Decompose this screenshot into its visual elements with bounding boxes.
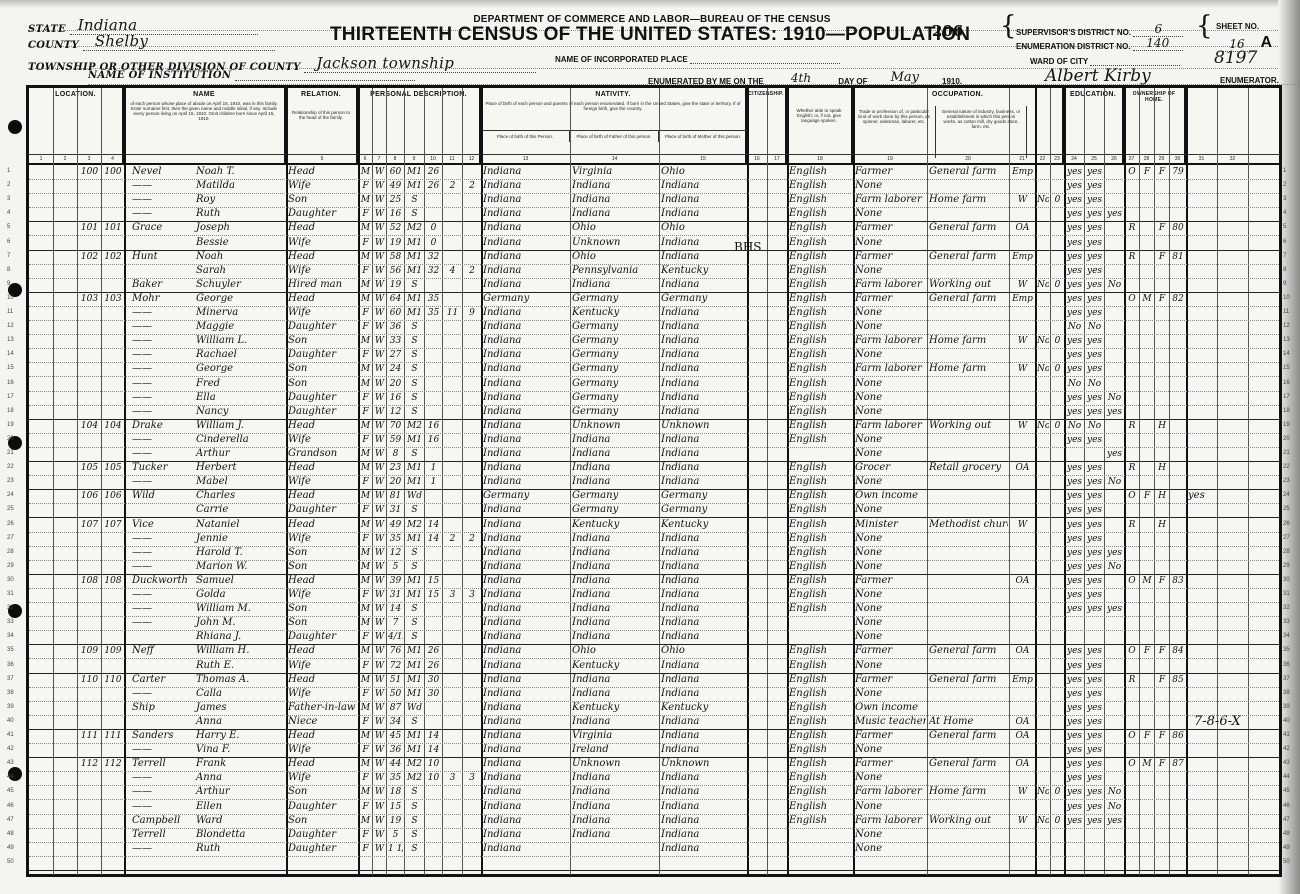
marital-cell: S (406, 715, 423, 729)
industry-cell: General farm (929, 221, 1008, 235)
person-name: BakerSchuyler (126, 278, 285, 292)
table-row: 88SarahWifeFW56M13242IndianaPennsylvania… (29, 264, 1279, 279)
years-married-cell: 1 (426, 475, 441, 489)
birth-father-cell: Indiana (572, 179, 658, 193)
industry-cell (929, 800, 1008, 814)
given-name: Fred (196, 378, 220, 389)
surname: —— (126, 560, 196, 574)
class-cell: W (1011, 518, 1034, 532)
line-number: 10 (1283, 295, 1290, 301)
industry-cell (929, 320, 1008, 334)
read-cell: yes (1066, 532, 1083, 546)
language-cell (789, 630, 852, 644)
sex-cell: F (360, 588, 371, 602)
born-cell (444, 546, 461, 560)
unemployed-cell (1037, 687, 1049, 701)
relation-cell: Daughter (288, 630, 357, 644)
farm-cell (1156, 320, 1168, 334)
person-name: WildCharles (126, 489, 285, 503)
industry-cell: Retail grocery (929, 461, 1008, 475)
unemployed-cell (1037, 391, 1049, 405)
veteran-cell (1188, 419, 1216, 433)
industry-cell: Methodist church (929, 518, 1008, 532)
sex-cell: F (360, 630, 371, 644)
trade-cell: Farmer (855, 574, 926, 588)
veteran-cell (1188, 461, 1216, 475)
person-name: ——John M. (126, 616, 285, 630)
dwelling-cell: 104 (79, 419, 100, 433)
schedule-cell (1171, 546, 1185, 560)
line-number: 37 (7, 676, 14, 682)
table-row: 3737110110CarterThomas A.HeadMW51M130Ind… (29, 673, 1279, 688)
marital-cell: S (406, 377, 423, 391)
age-cell: 14 (388, 602, 403, 616)
column-number: 8 (386, 156, 404, 162)
relation-cell: Son (288, 377, 357, 391)
sex-cell: F (360, 842, 371, 856)
birth-father-cell: Indiana (572, 447, 658, 461)
weeks-cell (1052, 616, 1063, 630)
surname: —— (126, 602, 196, 616)
years-married-cell: 0 (426, 236, 441, 250)
month-value: May (870, 70, 940, 86)
own-cell: O (1126, 489, 1138, 503)
schedule-cell (1171, 391, 1185, 405)
language-cell: English (789, 503, 852, 517)
school-cell (1106, 588, 1123, 602)
dwelling-cell: 102 (79, 250, 100, 264)
line-number: 32 (7, 605, 14, 611)
living-cell (464, 433, 480, 447)
birth-mother-cell: Indiana (661, 250, 746, 264)
given-name: Minerva (196, 307, 238, 318)
sex-cell: F (360, 405, 371, 419)
subcolumn-title: Place of birth of Mother of this person. (659, 131, 747, 142)
race-cell: W (374, 348, 385, 362)
trade-cell: Grocer (855, 461, 926, 475)
birth-father-cell: Indiana (572, 560, 658, 574)
class-cell (1011, 489, 1034, 503)
mortgage-cell (1141, 391, 1153, 405)
weeks-cell (1052, 630, 1063, 644)
family-cell (103, 602, 123, 616)
write-cell: yes (1086, 701, 1103, 715)
family-cell (103, 433, 123, 447)
given-name: William M. (196, 603, 251, 614)
dwelling-cell (79, 193, 100, 207)
relation-cell: Wife (288, 532, 357, 546)
race-cell: W (374, 433, 385, 447)
own-cell: R (1126, 221, 1138, 235)
age-cell: 31 (388, 588, 403, 602)
person-name: HuntNoah (126, 250, 285, 264)
age-cell: 20 (388, 475, 403, 489)
surname: —— (126, 377, 196, 391)
table-row: 2727——JennieWifeFW35M11422IndianaIndiana… (29, 532, 1279, 547)
column-number: 15 (659, 156, 747, 162)
unemployed-cell: No (1037, 278, 1049, 292)
trade-cell: Farmer (855, 644, 926, 658)
relation-cell: Wife (288, 236, 357, 250)
own-cell (1126, 391, 1138, 405)
born-cell (444, 433, 461, 447)
column-number: 1 (29, 156, 53, 162)
class-cell: W (1011, 193, 1034, 207)
read-cell: yes (1066, 193, 1083, 207)
schedule-cell: 80 (1171, 221, 1185, 235)
born-cell: 4 (444, 264, 461, 278)
unemployed-cell: No (1037, 785, 1049, 799)
scan-edge-top (0, 0, 1300, 8)
farm-cell (1156, 391, 1168, 405)
birth-father-cell: Indiana (572, 616, 658, 630)
surname: —— (126, 207, 196, 221)
living-cell: 2 (464, 179, 480, 193)
table-row: 22——MatildaWifeFW49M12622IndianaIndianaI… (29, 179, 1279, 194)
surname: Neff (126, 644, 196, 658)
trade-cell: None (855, 306, 926, 320)
marital-cell: M1 (406, 729, 423, 743)
table-row: 3333——John M.SonMW7SIndianaIndianaIndian… (29, 616, 1279, 631)
schedule-cell (1171, 630, 1185, 644)
line-number: 27 (7, 535, 14, 541)
mortgage-cell (1141, 348, 1153, 362)
surname: —— (126, 306, 196, 320)
race-cell: W (374, 193, 385, 207)
born-cell (444, 503, 461, 517)
relation-cell: Head (288, 250, 357, 264)
group-title: CITIZENSHIP. (747, 88, 785, 97)
surname: Nevel (126, 165, 196, 179)
family-cell (103, 377, 123, 391)
birth-mother-cell: Germany (661, 489, 746, 503)
trade-cell: None (855, 546, 926, 560)
sex-cell: M (360, 757, 371, 771)
language-cell: English (789, 362, 852, 376)
sex-cell: F (360, 532, 371, 546)
relation-cell: Son (288, 546, 357, 560)
language-cell: English (789, 250, 852, 264)
living-cell (464, 785, 480, 799)
surname: —— (126, 687, 196, 701)
class-cell (1011, 616, 1034, 630)
weeks-cell: 0 (1052, 362, 1063, 376)
weeks-cell (1052, 588, 1063, 602)
given-name: Nancy (196, 406, 228, 417)
born-cell (444, 616, 461, 630)
living-cell (464, 334, 480, 348)
line-number: 38 (7, 690, 14, 696)
surname: —— (126, 532, 196, 546)
trade-cell: Farmer (855, 729, 926, 743)
column-number: 26 (1104, 156, 1124, 162)
line-number: 48 (1283, 831, 1290, 837)
given-name: Vina F. (196, 744, 230, 755)
school-cell (1106, 419, 1123, 433)
birth-person-cell: Indiana (483, 334, 569, 348)
race-cell: W (374, 800, 385, 814)
read-cell: yes (1066, 433, 1083, 447)
schedule-cell (1171, 602, 1185, 616)
person-name: DuckworthSamuel (126, 574, 285, 588)
farm-cell: H (1156, 489, 1168, 503)
sex-cell: M (360, 334, 371, 348)
living-cell (464, 800, 480, 814)
born-cell (444, 292, 461, 306)
given-name: Mabel (196, 476, 228, 487)
line-number: 34 (1283, 633, 1290, 639)
column-number: 12 (462, 156, 481, 162)
read-cell: yes (1066, 475, 1083, 489)
language-cell: English (789, 405, 852, 419)
given-name: Charles (196, 490, 235, 501)
own-cell (1126, 377, 1138, 391)
sex-cell: M (360, 546, 371, 560)
given-name: Ruth (196, 843, 220, 854)
relation-cell: Daughter (288, 828, 357, 842)
school-cell (1106, 644, 1123, 658)
table-row: 2626107107ViceNatanielHeadMW49M214Indian… (29, 518, 1279, 533)
age-cell: 8 (388, 447, 403, 461)
read-cell: yes (1066, 574, 1083, 588)
column-number: 21 (1009, 156, 1035, 162)
industry-cell (929, 405, 1008, 419)
class-cell (1011, 743, 1034, 757)
table-row: 44——RuthDaughterFW16SIndianaIndianaIndia… (29, 207, 1279, 222)
race-cell: W (374, 447, 385, 461)
race-cell: W (374, 757, 385, 771)
born-cell (444, 362, 461, 376)
trade-cell: Minister (855, 518, 926, 532)
birth-father-cell: Indiana (572, 588, 658, 602)
school-cell (1106, 264, 1123, 278)
weeks-cell (1052, 221, 1063, 235)
weeks-cell (1052, 306, 1063, 320)
language-cell: English (789, 207, 852, 221)
living-cell (464, 659, 480, 673)
surname: —— (126, 405, 196, 419)
sex-cell: M (360, 362, 371, 376)
sex-cell: M (360, 602, 371, 616)
line-number: 20 (7, 436, 14, 442)
write-cell: yes (1086, 757, 1103, 771)
mortgage-cell (1141, 828, 1153, 842)
unemployed-cell (1037, 433, 1049, 447)
line-number: 41 (1283, 732, 1290, 738)
group-relation: RELATION. Relationship of this person to… (286, 88, 358, 163)
relation-cell: Head (288, 673, 357, 687)
birth-person-cell: Indiana (483, 757, 569, 771)
unemployed-cell (1037, 546, 1049, 560)
school-cell (1106, 757, 1123, 771)
birth-person-cell: Indiana (483, 673, 569, 687)
surname: —— (126, 616, 196, 630)
given-name: Harold T. (196, 547, 243, 558)
line-number: 18 (7, 408, 14, 414)
living-cell (464, 616, 480, 630)
column-number: 28 (1139, 156, 1154, 162)
marital-cell: M1 (406, 165, 423, 179)
trade-cell: None (855, 207, 926, 221)
farm-cell (1156, 433, 1168, 447)
dwelling-cell (79, 771, 100, 785)
column-number: 27 (1124, 156, 1139, 162)
surname: —— (126, 193, 196, 207)
weeks-cell (1052, 757, 1063, 771)
unemployed-cell (1037, 306, 1049, 320)
given-name: Roy (196, 194, 215, 205)
trade-cell: Farm laborer (855, 278, 926, 292)
write-cell: yes (1086, 814, 1103, 828)
weeks-cell (1052, 729, 1063, 743)
census-table: LOCATION. NAME of each person whose plac… (26, 85, 1282, 877)
industry-cell (929, 489, 1008, 503)
mortgage-cell (1141, 842, 1153, 856)
class-cell: Emp (1011, 292, 1034, 306)
dwelling-cell (79, 405, 100, 419)
trade-cell: Farmer (855, 673, 926, 687)
enumerated-day: 4th (766, 71, 836, 86)
birth-father-cell: Kentucky (572, 518, 658, 532)
school-cell: No (1106, 785, 1123, 799)
read-cell: yes (1066, 729, 1083, 743)
age-cell: 60 (388, 306, 403, 320)
class-cell: OA (1011, 729, 1034, 743)
table-row: 3636Ruth E.WifeFW72M126IndianaKentuckyIn… (29, 659, 1279, 674)
ward-label: WARD OF CITY (1030, 57, 1088, 66)
write-cell: No (1086, 419, 1103, 433)
birth-person-cell: Germany (483, 489, 569, 503)
line-number: 42 (7, 746, 14, 752)
own-cell: O (1126, 757, 1138, 771)
veteran-cell (1188, 518, 1216, 532)
farm-cell (1156, 236, 1168, 250)
industry-cell: Working out (929, 814, 1008, 828)
living-cell (464, 475, 480, 489)
line-number: 25 (1283, 506, 1290, 512)
mortgage-cell (1141, 856, 1153, 870)
write-cell (1086, 842, 1103, 856)
school-cell: No (1106, 800, 1123, 814)
schedule-cell (1171, 377, 1185, 391)
birth-mother-cell: Indiana (661, 673, 746, 687)
family-cell (103, 334, 123, 348)
line-number: 29 (7, 563, 14, 569)
school-cell (1106, 743, 1123, 757)
table-row: 1818——NancyDaughterFW12SIndianaGermanyIn… (29, 405, 1279, 420)
living-cell (464, 560, 480, 574)
mortgage-cell (1141, 419, 1153, 433)
race-cell: W (374, 221, 385, 235)
own-cell (1126, 320, 1138, 334)
marital-cell: S (406, 320, 423, 334)
table-row: 3030108108DuckworthSamuelHeadMW39M115Ind… (29, 574, 1279, 589)
mortgage-cell (1141, 785, 1153, 799)
born-cell (444, 560, 461, 574)
group-title: NATIVITY. (481, 88, 745, 98)
read-cell (1066, 630, 1083, 644)
birth-father-cell: Kentucky (572, 306, 658, 320)
industry-cell (929, 546, 1008, 560)
language-cell (789, 842, 852, 856)
given-name: Noah (196, 251, 223, 262)
age-cell: 52 (388, 221, 403, 235)
person-name: ——Nancy (126, 405, 285, 419)
birth-person-cell: Indiana (483, 461, 569, 475)
sex-cell: F (360, 715, 371, 729)
veteran-cell (1188, 644, 1216, 658)
unemployed-cell (1037, 729, 1049, 743)
class-cell (1011, 659, 1034, 673)
industry-cell (929, 207, 1008, 221)
birth-person-cell: Indiana (483, 278, 569, 292)
industry-cell (929, 560, 1008, 574)
age-cell: 49 (388, 518, 403, 532)
class-cell: OA (1011, 757, 1034, 771)
own-cell (1126, 701, 1138, 715)
unemployed-cell: No (1037, 362, 1049, 376)
family-cell: 105 (103, 461, 123, 475)
birth-person-cell (483, 856, 569, 870)
industry-cell (929, 687, 1008, 701)
school-cell (1106, 292, 1123, 306)
write-cell: yes (1086, 362, 1103, 376)
own-cell (1126, 179, 1138, 193)
mortgage-cell (1141, 334, 1153, 348)
veteran-cell (1188, 785, 1216, 799)
trade-cell: Farm laborer (855, 193, 926, 207)
relation-cell: Daughter (288, 405, 357, 419)
born-cell: 3 (444, 588, 461, 602)
school-cell (1106, 193, 1123, 207)
birth-father-cell: Germany (572, 489, 658, 503)
relation-cell: Wife (288, 687, 357, 701)
weeks-cell (1052, 391, 1063, 405)
birth-mother-cell: Indiana (661, 630, 746, 644)
read-cell: yes (1066, 179, 1083, 193)
column-number: 29 (1154, 156, 1169, 162)
farm-cell (1156, 771, 1168, 785)
years-married-cell (426, 828, 441, 842)
mortgage-cell (1141, 630, 1153, 644)
dwelling-cell (79, 179, 100, 193)
school-cell (1106, 574, 1123, 588)
person-name: TerrellFrank (126, 757, 285, 771)
living-cell (464, 644, 480, 658)
unemployed-cell (1037, 320, 1049, 334)
class-cell (1011, 348, 1034, 362)
mortgage-cell (1141, 532, 1153, 546)
write-cell: yes (1086, 433, 1103, 447)
own-cell (1126, 532, 1138, 546)
read-cell: yes (1066, 546, 1083, 560)
school-cell (1106, 179, 1123, 193)
family-cell: 103 (103, 292, 123, 306)
birth-person-cell: Indiana (483, 743, 569, 757)
column-number: 17 (767, 156, 787, 162)
birth-person-cell: Indiana (483, 729, 569, 743)
mortgage-cell (1141, 659, 1153, 673)
birth-person-cell: Indiana (483, 503, 569, 517)
line-number: 41 (7, 732, 14, 738)
sex-cell: M (360, 644, 371, 658)
farm-cell: F (1156, 292, 1168, 306)
surname: —— (126, 320, 196, 334)
table-row: 4444——AnnaWifeFW35M21033IndianaIndianaIn… (29, 771, 1279, 786)
relation-cell: Head (288, 292, 357, 306)
birth-mother-cell: Indiana (661, 785, 746, 799)
birth-person-cell: Indiana (483, 588, 569, 602)
